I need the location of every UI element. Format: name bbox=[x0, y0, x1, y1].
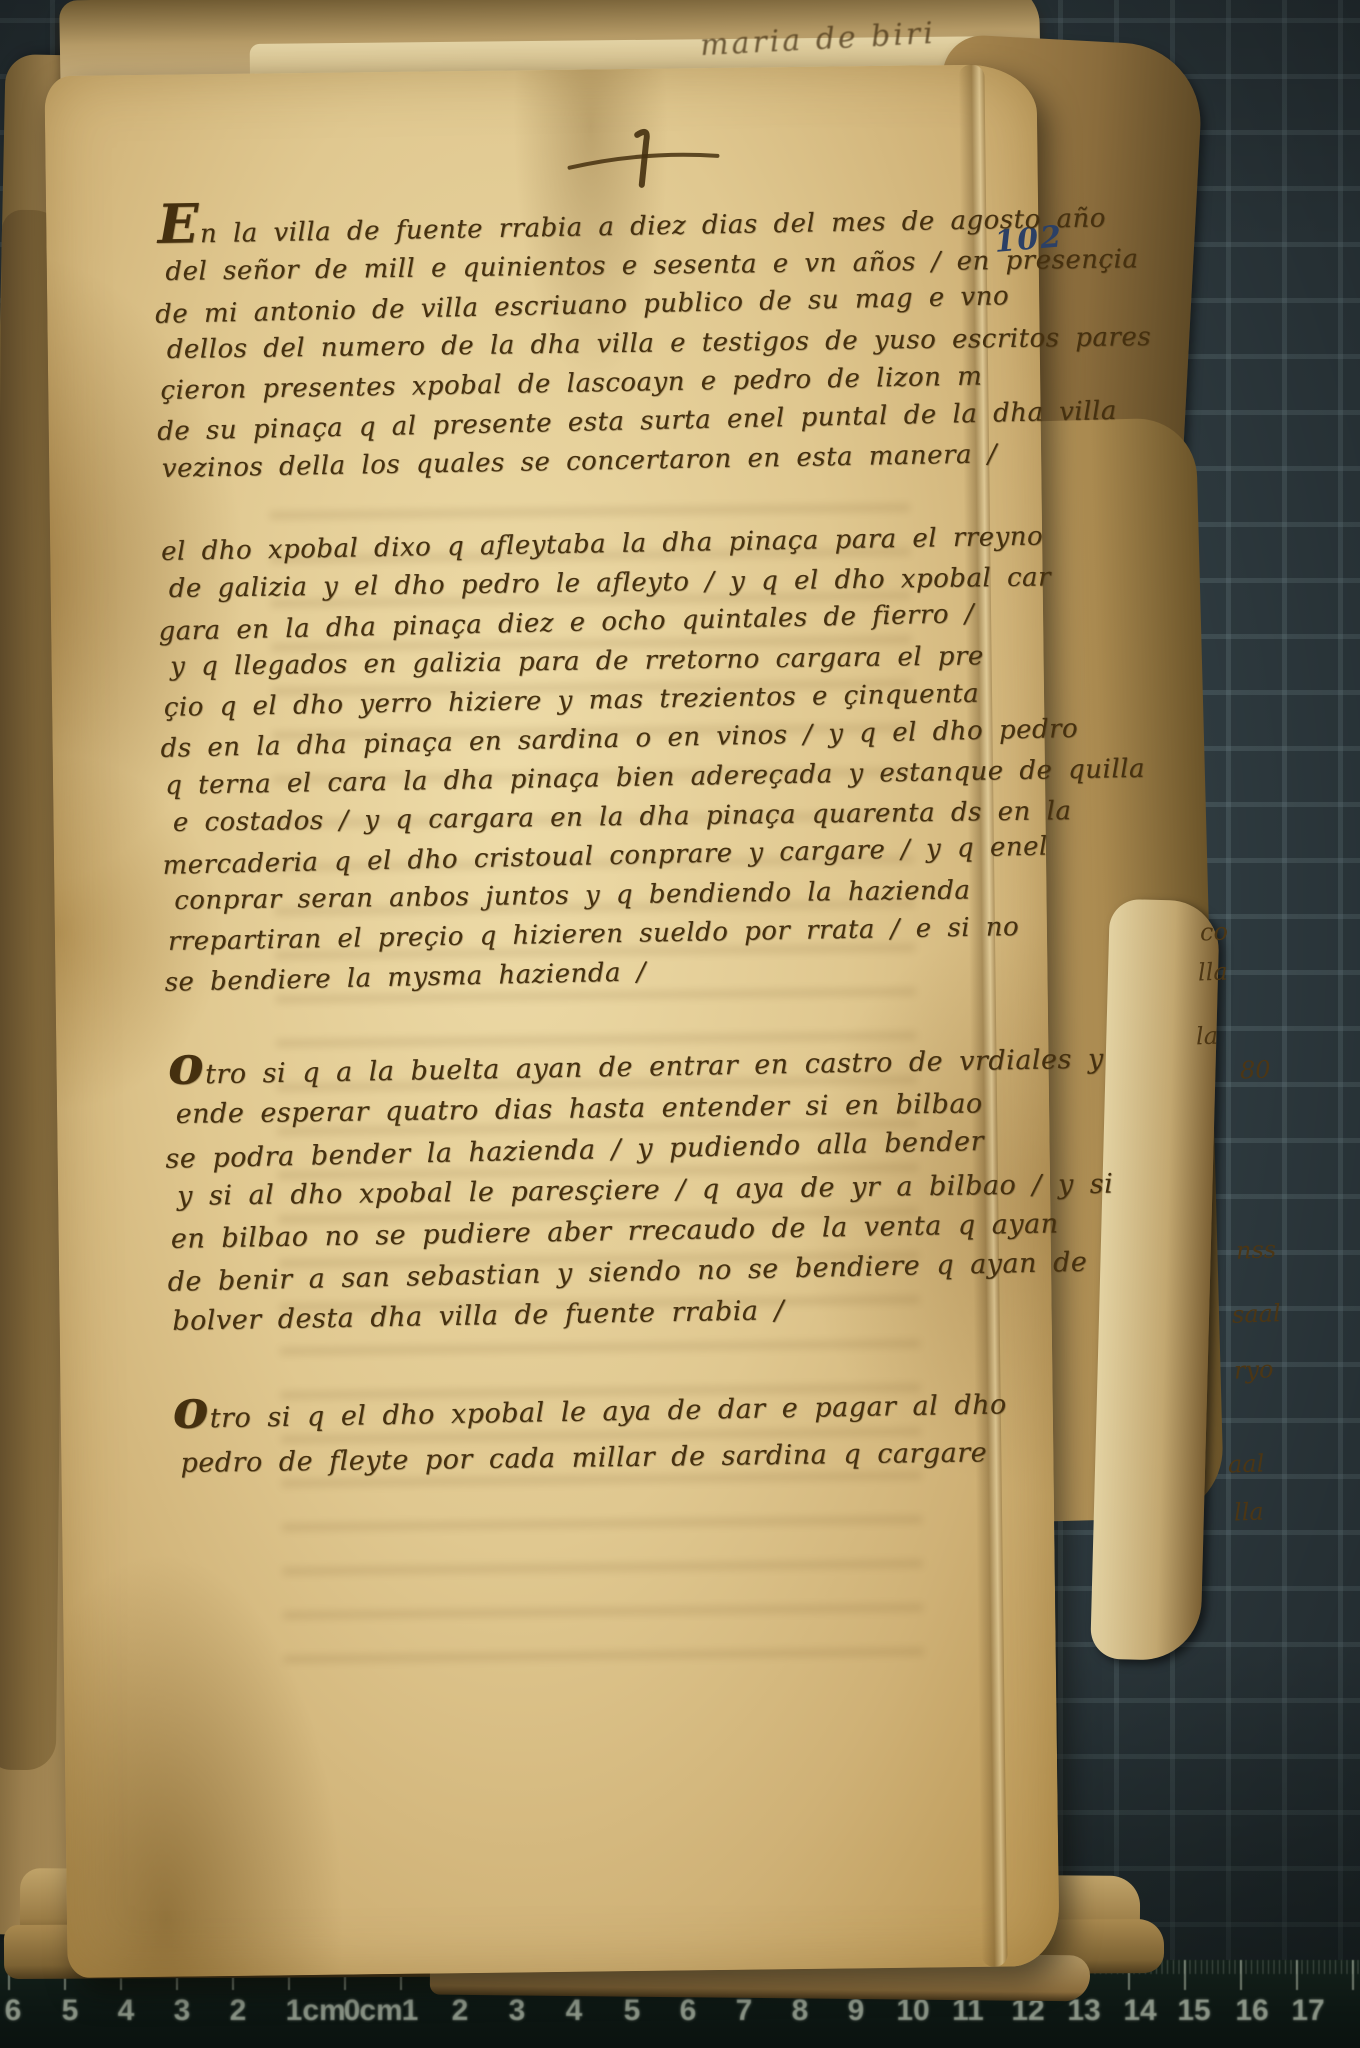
ruler-number: 6 bbox=[680, 1994, 697, 2028]
photo-of-manuscript: { "folio_number": "102", "header_inscrip… bbox=[0, 0, 1360, 2048]
margin-fragment: lla bbox=[1198, 957, 1229, 986]
invocation-cross-icon bbox=[565, 120, 726, 196]
ruler-number: 15 bbox=[1177, 1994, 1210, 2028]
ruler-number: 2 bbox=[230, 1994, 247, 2028]
ruler-number: 2 bbox=[452, 1994, 469, 2028]
ruler-number: 6 bbox=[5, 1994, 22, 2028]
margin-fragment: saal bbox=[1232, 1299, 1282, 1329]
ruler-number: 4 bbox=[566, 1994, 583, 2028]
ruler-number: 9 bbox=[848, 1994, 865, 2028]
margin-fragment: aal bbox=[1228, 1449, 1265, 1478]
margin-fragment: lla bbox=[1234, 1497, 1265, 1526]
page-stack-right-fold bbox=[1090, 899, 1220, 1662]
ruler-number: 3 bbox=[509, 1994, 526, 2028]
ruler-number: 0 bbox=[344, 1994, 361, 2028]
ruler-number: 1 bbox=[286, 1994, 303, 2028]
ruler-number: cm bbox=[302, 1994, 345, 2028]
margin-fragment: ryo bbox=[1234, 1355, 1274, 1384]
text-line: pedro de fleyte por cada millar de sardi… bbox=[180, 1430, 1026, 1487]
paragraph-3: otro si q a la buelta ayan de entrar en … bbox=[167, 1030, 1024, 1342]
paragraph-2: el dho xpobal dixo q afleytaba la dha pi… bbox=[161, 518, 1021, 1001]
ruler-number: 8 bbox=[792, 1994, 809, 2028]
margin-fragment: , bbox=[1098, 238, 1107, 266]
ruler-number: cm bbox=[359, 1994, 402, 2028]
margin-fragment: co bbox=[1200, 918, 1229, 947]
manuscript-text: En la villa de fuente rrabia a diez dias… bbox=[158, 192, 1026, 1530]
manuscript-page: 102 En la villa de fuente rrabia a diez … bbox=[44, 64, 1059, 1978]
ruler-number: 1 bbox=[402, 1994, 419, 2028]
ruler-number: 5 bbox=[62, 1994, 79, 2028]
ruler-number: 14 bbox=[1123, 1994, 1156, 2028]
margin-fragment: la bbox=[1196, 1022, 1219, 1051]
ruler-number: 4 bbox=[118, 1994, 135, 2028]
ruler-number: 3 bbox=[174, 1994, 191, 2028]
paragraph-1: En la villa de fuente rrabia a diez dias… bbox=[157, 190, 1014, 489]
ruler-number: 5 bbox=[624, 1994, 641, 2028]
margin-fragment: 80 bbox=[1240, 1055, 1272, 1084]
paragraph-4: otro si q el dho xpobal le aya de dar e … bbox=[172, 1371, 1026, 1489]
margin-fragment: nss bbox=[1236, 1235, 1277, 1264]
ruler-number: 17 bbox=[1291, 1994, 1324, 2028]
ruler-number: 7 bbox=[736, 1994, 753, 2028]
ruler-number: 16 bbox=[1235, 1994, 1268, 2028]
